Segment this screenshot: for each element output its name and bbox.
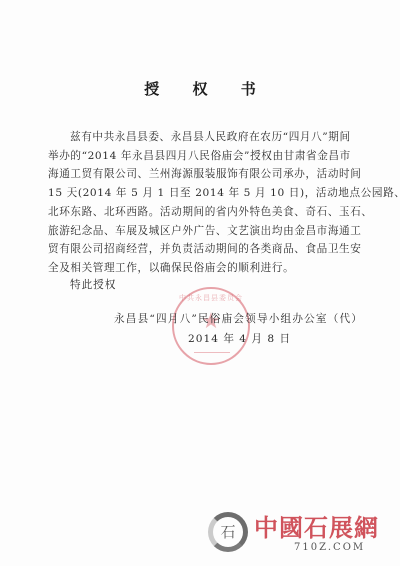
logo-glyph: 石	[213, 522, 243, 542]
body-line: 贸有限公司招商经营，并负责活动期间的各类商品、食品卫生安	[48, 240, 348, 259]
document-page: 授 权 书 兹有中共永昌县委、永昌县人民政府在农历“四月八”期间 举办的“201…	[0, 0, 400, 566]
watermark-url: 710Z.COM	[294, 542, 365, 553]
body-line: 旅游纪念品、车展及城区户外广告、文艺演出均由金昌市海通工	[48, 222, 348, 241]
body-line: 全及相关管理工作，以确保民俗庙会的顺利进行。	[48, 259, 348, 278]
body-line: 兹有中共永昌县委、永昌县人民政府在农历“四月八”期间	[48, 128, 348, 147]
seal-divider	[194, 352, 230, 353]
stone-logo-icon: 石	[208, 512, 248, 552]
body-line: 举办的“2014 年永昌县四月八民俗庙会”授权由甘肃省金昌市	[48, 147, 348, 166]
signatory: 永昌县“四月八”民俗庙会领导小组办公室（代）	[114, 311, 363, 326]
body-line: 15 天(2014 年 5 月 1 日至 2014 年 5 月 10 日)，活动…	[48, 184, 348, 203]
document-title: 授 权 书	[0, 78, 400, 99]
document-body: 兹有中共永昌县委、永昌县人民政府在农历“四月八”期间 举办的“2014 年永昌县…	[48, 128, 348, 278]
body-line: 海通工贸有限公司、兰州海源服装服饰有限公司承办，活动时间	[48, 165, 348, 184]
signature-date: 2014 年 4 月 8 日	[188, 331, 291, 346]
watermark-site-name: 中國石展網	[254, 508, 379, 543]
body-line: 北环东路、北环西路。活动期间的省内外特色美食、奇石、玉石、	[48, 203, 348, 222]
site-watermark: 石 中國石展網 710Z.COM	[208, 506, 400, 562]
seal-ring-text: 中共永昌县委员会	[174, 293, 248, 303]
official-seal: 中共永昌县委员会 ★	[172, 287, 250, 365]
closing-text: 特此授权	[70, 277, 116, 292]
